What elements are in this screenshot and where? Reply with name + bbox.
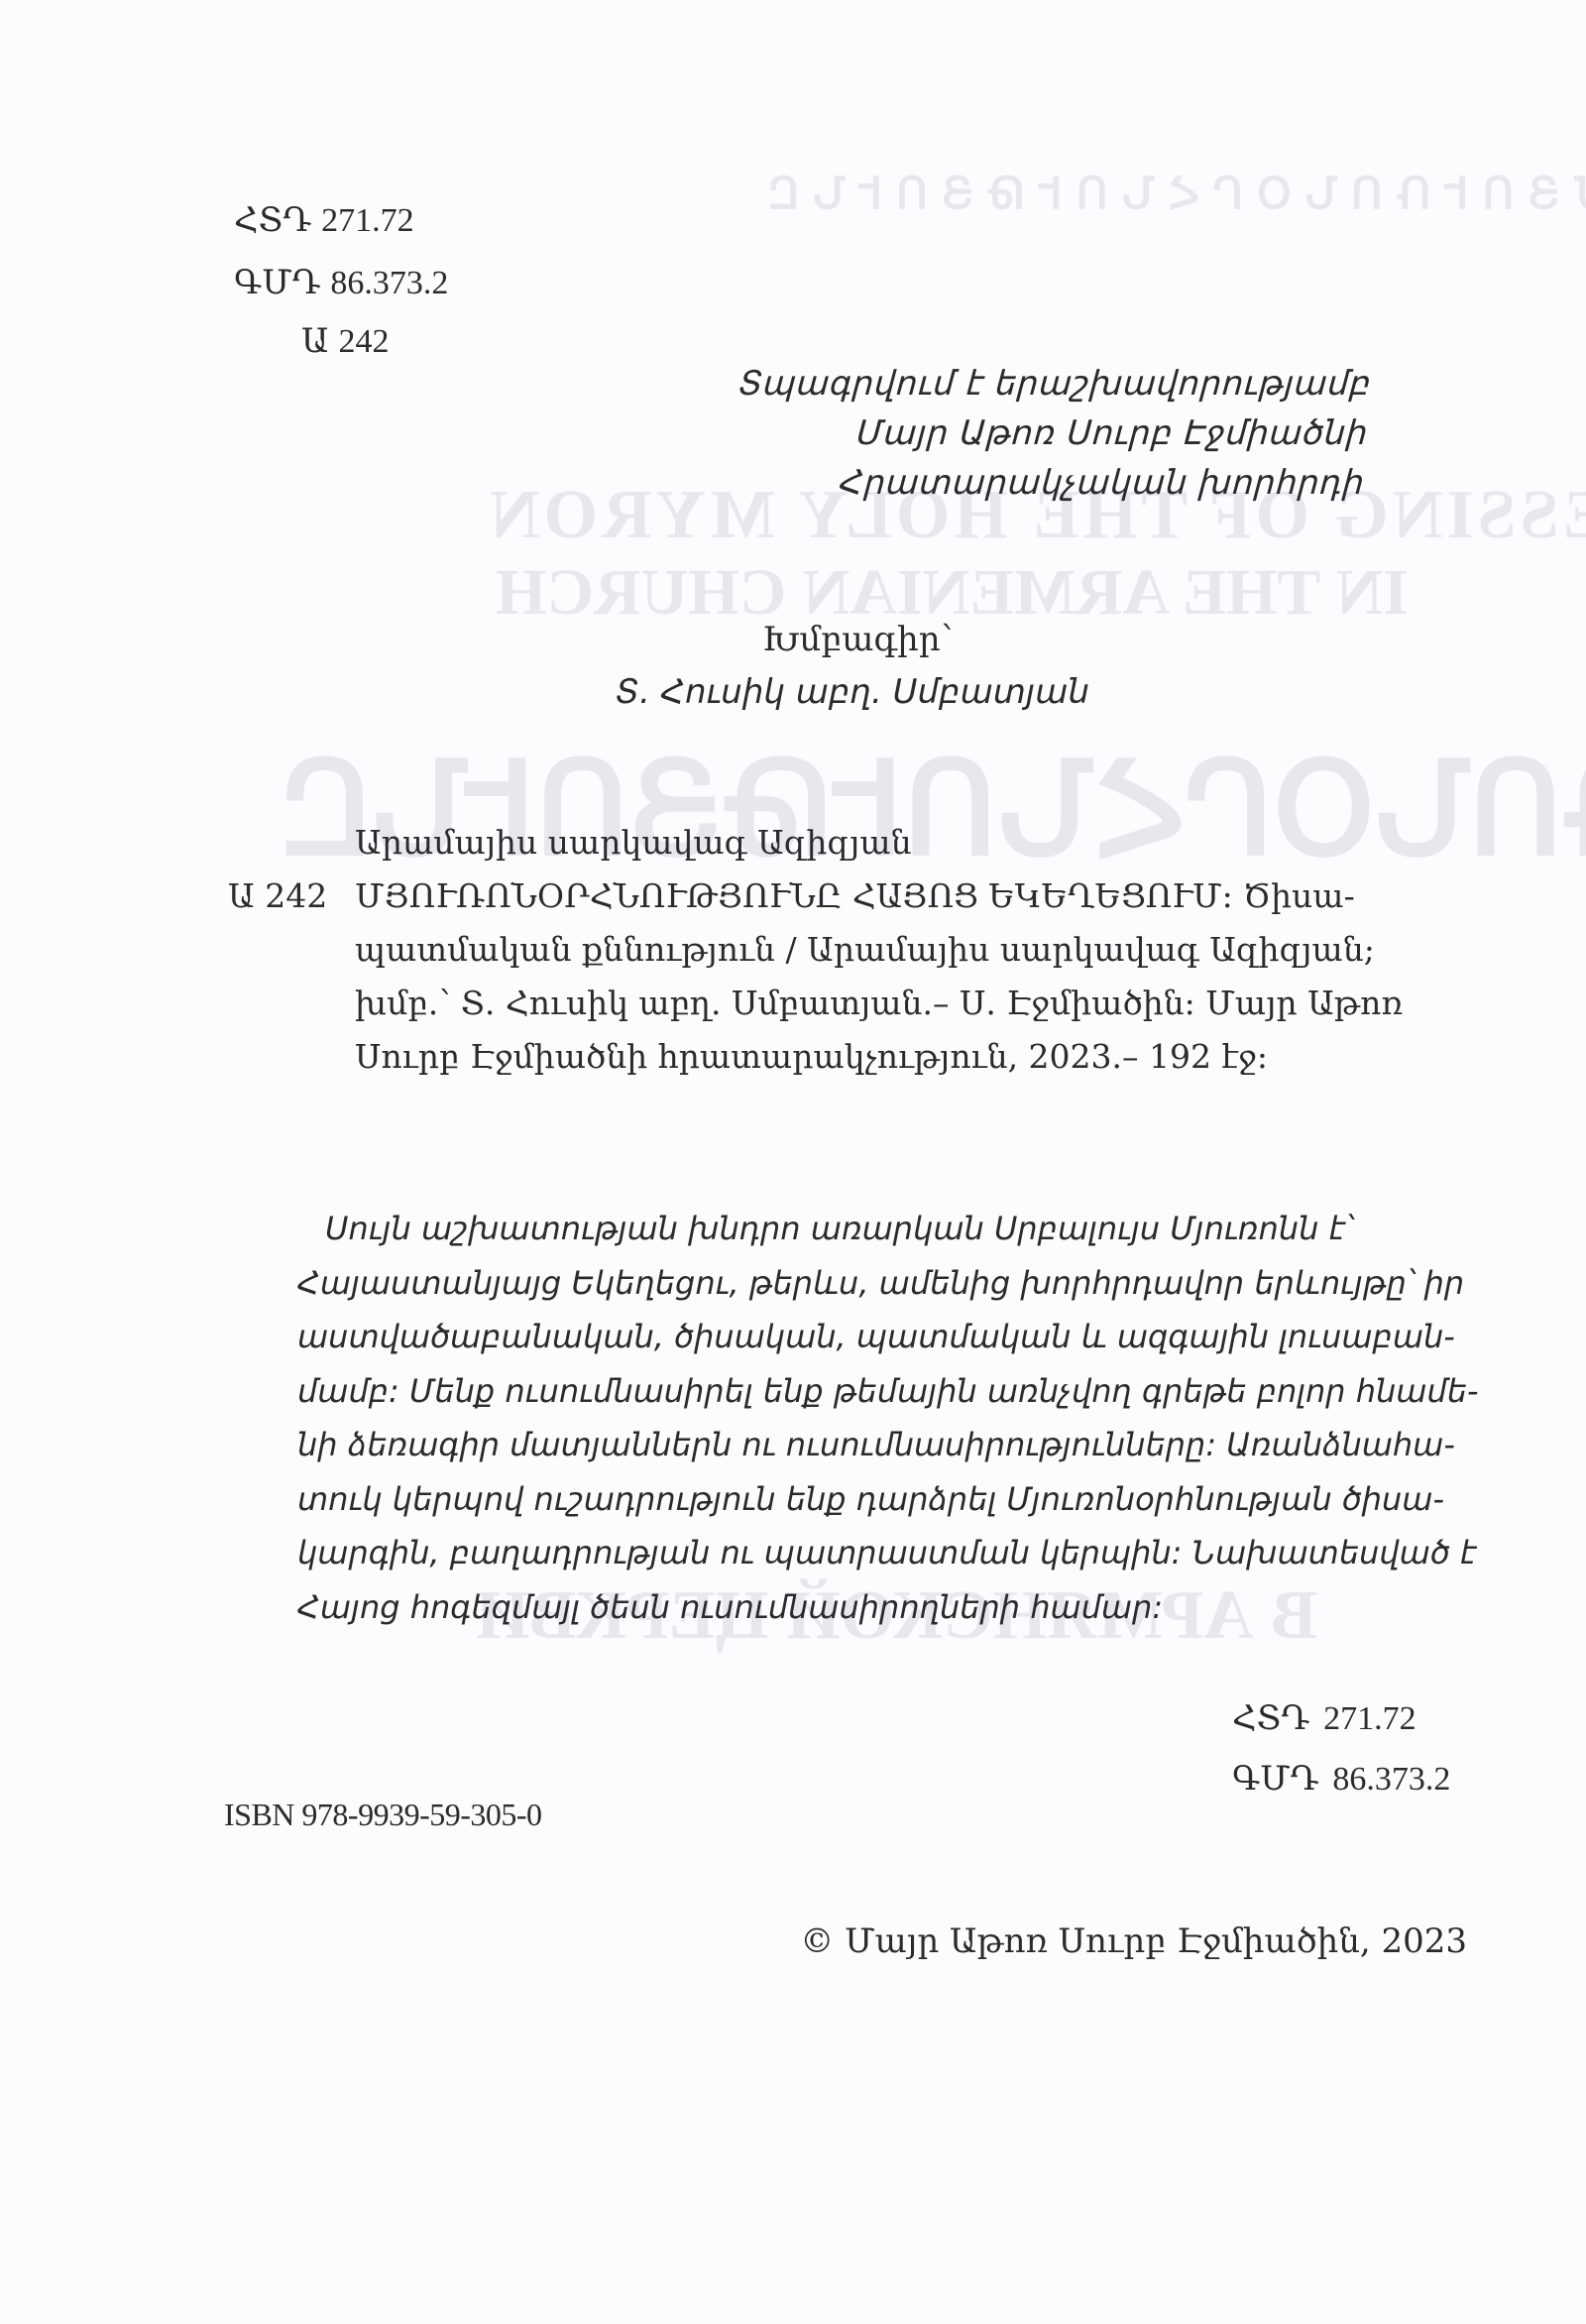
abstract-line: Հայոց հոգեզմայլ ծեսն ուսումնասիրողների հ… <box>297 1580 1487 1635</box>
record-line: պատմական քննություն / Արամայիս սարկավագ … <box>355 923 1477 977</box>
approval-line: Հրատարակչական խորհրդի <box>731 458 1367 508</box>
classification-code: ԳՄԴ <box>234 266 320 299</box>
classification-value: 86.373.2 <box>1332 1761 1450 1798</box>
classification-code: ՀՏԴ <box>234 203 311 237</box>
abstract-line: Սույն աշխատության խնդրո առարկան Սրբալույ… <box>297 1202 1487 1256</box>
record-line: խմբ.՝ Տ. Հուսիկ աբղ. Սմբատյան.– Ս. Էջմիա… <box>355 977 1477 1030</box>
editor-name: Տ. Հուսիկ աբղ. Սմբատյան <box>0 672 1586 712</box>
abstract-line: աստվածաբանական, ծիսական, պատմական և ազգա… <box>297 1310 1487 1364</box>
isbn: ISBN 978-9939-59-305-0 <box>224 1797 542 1833</box>
classification-code: ԳՄԴ <box>1232 1759 1318 1799</box>
author-heading: Արամայիս սարկավագ Ազիզյան <box>355 816 1477 870</box>
approval-line: Տպագրվում է երաշխավորությամբ <box>737 359 1374 408</box>
abstract-line: տուկ կերպով ուշադրություն ենք դարձրել Մյ… <box>297 1472 1487 1527</box>
classification-code: Ա <box>301 324 329 358</box>
publication-approval: Տպագրվում է երաշխավորությամբ Մայր Աթոռ Ս… <box>731 359 1374 508</box>
classification-value: 242 <box>339 323 390 360</box>
record-line: ՄՅՈՒՌՈՆՕՐՀՆՈՒԹՅՈՒՆԸ ՀԱՅՈՑ ԵԿԵՂԵՑՈՒՄ: Ծիս… <box>355 870 1477 923</box>
abstract: Սույն աշխատության խնդրո առարկան Սրբալույ… <box>297 1202 1487 1634</box>
record-line: Սուրբ Էջմիածնի հրատարակչություն, 2023.– … <box>355 1030 1477 1084</box>
classification-bottom: ՀՏԴ271.72 ԳՄԴ86.373.2 <box>1232 1688 1450 1809</box>
abstract-line: մամբ: Մենք ուսումնասիրել ենք թեմային առն… <box>297 1364 1487 1419</box>
approval-line: Մայր Աթոռ Սուրբ Էջմիածնի <box>734 408 1370 458</box>
call-code: Ա 242 <box>228 870 355 1084</box>
copyright: © Մայր Աթոռ Սուրբ Էջմիածին, 2023 <box>800 1921 1467 1961</box>
abstract-line: կարգին, բաղադրության ու պատրաստման կերպի… <box>297 1526 1487 1580</box>
classification-code: ՀՏԴ <box>1232 1698 1309 1738</box>
show-through-title-1: ՄՅՈՒՌՈՆՕՐՀՆՈՒԹՅՈՒՆԸ <box>753 169 1586 219</box>
bibliographic-record: Արամայիս սարկավագ Ազիզյան Ա 242 ՄՅՈՒՌՈՆՕ… <box>228 816 1477 1084</box>
abstract-line: նի ձեռագիր մատյաններն ու ուսումնասիրությ… <box>297 1418 1487 1472</box>
classification-top-2: ԳՄԴ86.373.2 <box>234 266 448 300</box>
classification-top-1: ՀՏԴ271.72 <box>234 203 414 238</box>
classification-top-3: Ա242 <box>301 324 390 359</box>
classification-value: 271.72 <box>1323 1700 1416 1737</box>
editor-label: Խմբագիր՝ <box>0 620 1586 659</box>
classification-value: 271.72 <box>321 202 414 239</box>
classification-value: 86.373.2 <box>330 265 448 301</box>
abstract-line: Հայաստանյայց Եկեղեցու, թերևս, ամենից խոր… <box>297 1256 1487 1311</box>
